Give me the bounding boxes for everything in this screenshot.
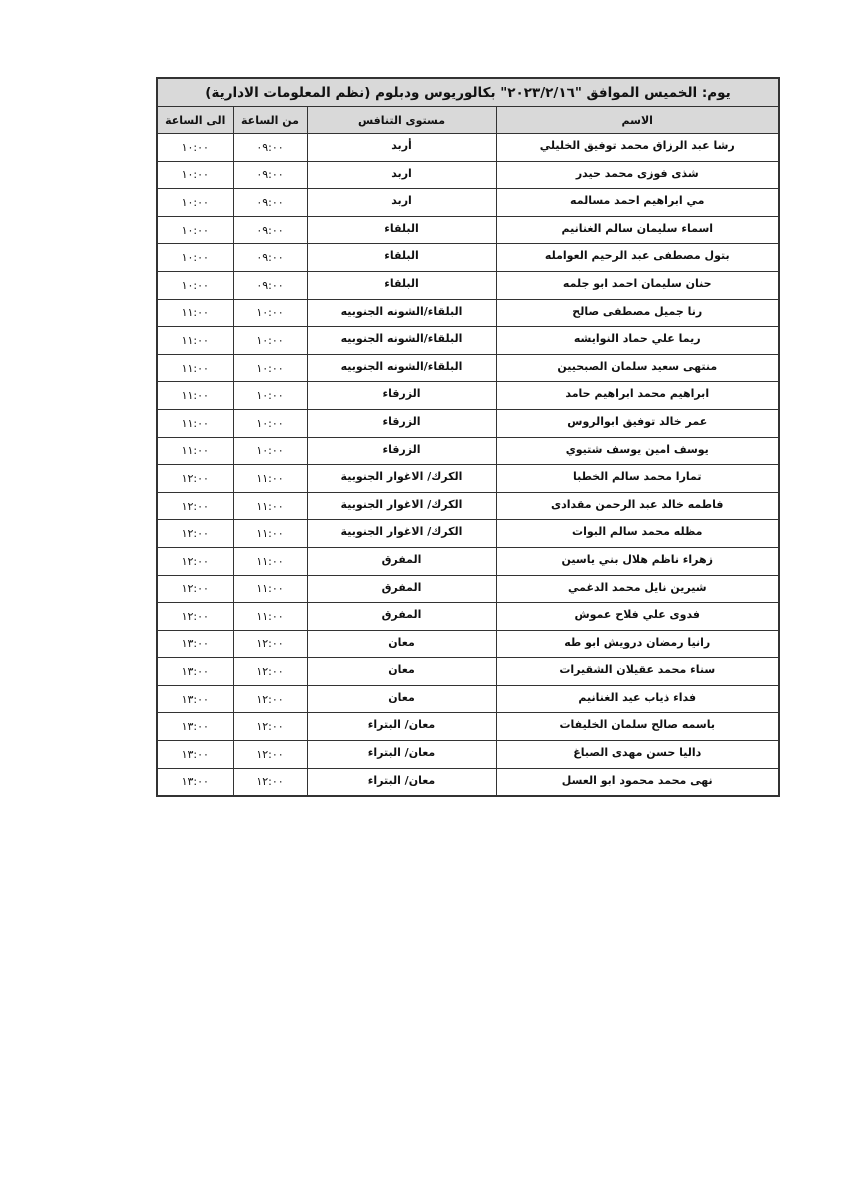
cell-from: ١١:٠٠ xyxy=(233,492,307,520)
cell-from: ٠٩:٠٠ xyxy=(233,189,307,217)
column-header-to: الى الساعة xyxy=(157,107,233,134)
cell-from: ١٢:٠٠ xyxy=(233,630,307,658)
cell-level: أربد xyxy=(307,134,496,162)
cell-to: ١٣:٠٠ xyxy=(157,768,233,796)
cell-level: المفرق xyxy=(307,575,496,603)
cell-to: ١١:٠٠ xyxy=(157,409,233,437)
cell-to: ١٣:٠٠ xyxy=(157,630,233,658)
cell-from: ١٠:٠٠ xyxy=(233,409,307,437)
cell-name: يوسف امين يوسف شتيوي xyxy=(496,437,779,465)
cell-from: ١١:٠٠ xyxy=(233,603,307,631)
cell-level: الكرك/ الاغوار الجنوبية xyxy=(307,520,496,548)
cell-from: ١٢:٠٠ xyxy=(233,768,307,796)
cell-from: ١١:٠٠ xyxy=(233,547,307,575)
cell-level: المفرق xyxy=(307,547,496,575)
cell-level: البلقاء xyxy=(307,244,496,272)
cell-to: ١٠:٠٠ xyxy=(157,161,233,189)
table-row: رنا جميل مصطفى صالحالبلقاء/الشونه الجنوب… xyxy=(157,299,779,327)
cell-level: الكرك/ الاغوار الجنوبية xyxy=(307,492,496,520)
cell-to: ١٢:٠٠ xyxy=(157,547,233,575)
cell-level: معان xyxy=(307,685,496,713)
table-row: رشا عبد الرزاق محمد توفيق الخليليأربد٠٩:… xyxy=(157,134,779,162)
cell-to: ١٠:٠٠ xyxy=(157,134,233,162)
table-row: عمر خالد توفيق ابوالروسالزرقاء١٠:٠٠١١:٠٠ xyxy=(157,409,779,437)
table-row: فاطمه خالد عبد الرحمن مقدادىالكرك/ الاغو… xyxy=(157,492,779,520)
column-header-row: الاسم مستوى التنافس من الساعة الى الساعة xyxy=(157,107,779,134)
cell-to: ١١:٠٠ xyxy=(157,437,233,465)
cell-from: ١٢:٠٠ xyxy=(233,685,307,713)
table-row: مي ابراهيم احمد مسالمهاربد٠٩:٠٠١٠:٠٠ xyxy=(157,189,779,217)
schedule-body: رشا عبد الرزاق محمد توفيق الخليليأربد٠٩:… xyxy=(157,134,779,796)
cell-level: البلقاء/الشونه الجنوبيه xyxy=(307,299,496,327)
cell-name: رنا جميل مصطفى صالح xyxy=(496,299,779,327)
cell-name: باسمه صالح سلمان الخليفات xyxy=(496,713,779,741)
cell-to: ١٣:٠٠ xyxy=(157,741,233,769)
table-row: ريما علي حماد النوايشهالبلقاء/الشونه الج… xyxy=(157,327,779,355)
cell-level: البلقاء xyxy=(307,271,496,299)
table-row: باسمه صالح سلمان الخليفاتمعان/ البتراء١٢… xyxy=(157,713,779,741)
table-row: شذى فوزى محمد حيدراربد٠٩:٠٠١٠:٠٠ xyxy=(157,161,779,189)
cell-to: ١٢:٠٠ xyxy=(157,465,233,493)
cell-to: ١٠:٠٠ xyxy=(157,189,233,217)
schedule-title: يوم: الخميس الموافق "٢٠٢٣/٢/١٦" بكالوريو… xyxy=(157,78,779,107)
table-row: داليا حسن مهدى الصباغمعان/ البتراء١٢:٠٠١… xyxy=(157,741,779,769)
table-row: تمارا محمد سالم الخطباالكرك/ الاغوار الج… xyxy=(157,465,779,493)
cell-to: ١١:٠٠ xyxy=(157,354,233,382)
cell-level: معان/ البتراء xyxy=(307,741,496,769)
cell-level: معان xyxy=(307,658,496,686)
cell-to: ١٢:٠٠ xyxy=(157,575,233,603)
cell-name: شيرين نايل محمد الدغمي xyxy=(496,575,779,603)
cell-from: ١٠:٠٠ xyxy=(233,354,307,382)
cell-name: مي ابراهيم احمد مسالمه xyxy=(496,189,779,217)
cell-level: الزرقاء xyxy=(307,437,496,465)
cell-level: اربد xyxy=(307,161,496,189)
cell-level: البلقاء/الشونه الجنوبيه xyxy=(307,354,496,382)
cell-name: نهى محمد محمود ابو العسل xyxy=(496,768,779,796)
cell-from: ١٢:٠٠ xyxy=(233,741,307,769)
cell-to: ١١:٠٠ xyxy=(157,327,233,355)
cell-from: ٠٩:٠٠ xyxy=(233,244,307,272)
table-row: حنان سليمان احمد ابو جلمهالبلقاء٠٩:٠٠١٠:… xyxy=(157,271,779,299)
cell-from: ١٠:٠٠ xyxy=(233,299,307,327)
cell-from: ١٠:٠٠ xyxy=(233,327,307,355)
cell-level: الزرقاء xyxy=(307,409,496,437)
cell-name: شذى فوزى محمد حيدر xyxy=(496,161,779,189)
cell-to: ١٢:٠٠ xyxy=(157,520,233,548)
cell-to: ١١:٠٠ xyxy=(157,382,233,410)
column-header-from: من الساعة xyxy=(233,107,307,134)
cell-from: ١١:٠٠ xyxy=(233,465,307,493)
cell-level: الزرقاء xyxy=(307,382,496,410)
cell-level: معان/ البتراء xyxy=(307,768,496,796)
cell-level: اربد xyxy=(307,189,496,217)
cell-level: معان xyxy=(307,630,496,658)
cell-name: ابراهيم محمد ابراهيم حامد xyxy=(496,382,779,410)
cell-from: ٠٩:٠٠ xyxy=(233,161,307,189)
table-row: رانيا رمضان درويش ابو طهمعان١٢:٠٠١٣:٠٠ xyxy=(157,630,779,658)
column-header-name: الاسم xyxy=(496,107,779,134)
cell-to: ١٠:٠٠ xyxy=(157,216,233,244)
table-row: نهى محمد محمود ابو العسلمعان/ البتراء١٢:… xyxy=(157,768,779,796)
table-row: سناء محمد عقيلان الشقيراتمعان١٢:٠٠١٣:٠٠ xyxy=(157,658,779,686)
cell-name: فدوى علي فلاح عموش xyxy=(496,603,779,631)
cell-from: ١١:٠٠ xyxy=(233,575,307,603)
table-row: فدوى علي فلاح عموشالمفرق١١:٠٠١٢:٠٠ xyxy=(157,603,779,631)
cell-level: الكرك/ الاغوار الجنوبية xyxy=(307,465,496,493)
cell-to: ١١:٠٠ xyxy=(157,299,233,327)
cell-name: زهراء ناظم هلال بني ياسين xyxy=(496,547,779,575)
cell-from: ١٢:٠٠ xyxy=(233,658,307,686)
cell-name: عمر خالد توفيق ابوالروس xyxy=(496,409,779,437)
cell-from: ٠٩:٠٠ xyxy=(233,216,307,244)
cell-name: تمارا محمد سالم الخطبا xyxy=(496,465,779,493)
cell-level: البلقاء/الشونه الجنوبيه xyxy=(307,327,496,355)
cell-to: ١٣:٠٠ xyxy=(157,713,233,741)
cell-level: معان/ البتراء xyxy=(307,713,496,741)
cell-name: فداء ذياب عيد الغنانيم xyxy=(496,685,779,713)
cell-name: رشا عبد الرزاق محمد توفيق الخليلي xyxy=(496,134,779,162)
cell-level: البلقاء xyxy=(307,216,496,244)
cell-from: ١٠:٠٠ xyxy=(233,437,307,465)
table-row: ابراهيم محمد ابراهيم حامدالزرقاء١٠:٠٠١١:… xyxy=(157,382,779,410)
cell-name: رانيا رمضان درويش ابو طه xyxy=(496,630,779,658)
cell-to: ١٠:٠٠ xyxy=(157,244,233,272)
cell-name: بتول مصطفى عبد الرحيم العوامله xyxy=(496,244,779,272)
cell-name: فاطمه خالد عبد الرحمن مقدادى xyxy=(496,492,779,520)
table-row: بتول مصطفى عبد الرحيم العواملهالبلقاء٠٩:… xyxy=(157,244,779,272)
cell-name: مظله محمد سالم البوات xyxy=(496,520,779,548)
cell-level: المفرق xyxy=(307,603,496,631)
cell-name: داليا حسن مهدى الصباغ xyxy=(496,741,779,769)
cell-name: ريما علي حماد النوايشه xyxy=(496,327,779,355)
cell-name: اسماء سليمان سالم الغنانيم xyxy=(496,216,779,244)
column-header-level: مستوى التنافس xyxy=(307,107,496,134)
cell-name: سناء محمد عقيلان الشقيرات xyxy=(496,658,779,686)
exam-schedule-table: يوم: الخميس الموافق "٢٠٢٣/٢/١٦" بكالوريو… xyxy=(156,77,780,797)
cell-from: ١٢:٠٠ xyxy=(233,713,307,741)
cell-from: ١٠:٠٠ xyxy=(233,382,307,410)
cell-from: ١١:٠٠ xyxy=(233,520,307,548)
cell-to: ١٢:٠٠ xyxy=(157,492,233,520)
table-row: زهراء ناظم هلال بني ياسينالمفرق١١:٠٠١٢:٠… xyxy=(157,547,779,575)
table-row: اسماء سليمان سالم الغنانيمالبلقاء٠٩:٠٠١٠… xyxy=(157,216,779,244)
cell-to: ١٠:٠٠ xyxy=(157,271,233,299)
table-row: منتهى سعيد سلمان الصبحيينالبلقاء/الشونه … xyxy=(157,354,779,382)
cell-name: حنان سليمان احمد ابو جلمه xyxy=(496,271,779,299)
cell-to: ١٣:٠٠ xyxy=(157,685,233,713)
table-row: شيرين نايل محمد الدغميالمفرق١١:٠٠١٢:٠٠ xyxy=(157,575,779,603)
table-row: فداء ذياب عيد الغنانيممعان١٢:٠٠١٣:٠٠ xyxy=(157,685,779,713)
cell-to: ١٢:٠٠ xyxy=(157,603,233,631)
cell-from: ٠٩:٠٠ xyxy=(233,271,307,299)
cell-from: ٠٩:٠٠ xyxy=(233,134,307,162)
cell-to: ١٣:٠٠ xyxy=(157,658,233,686)
title-row: يوم: الخميس الموافق "٢٠٢٣/٢/١٦" بكالوريو… xyxy=(157,78,779,107)
table-row: مظله محمد سالم البواتالكرك/ الاغوار الجن… xyxy=(157,520,779,548)
table-row: يوسف امين يوسف شتيويالزرقاء١٠:٠٠١١:٠٠ xyxy=(157,437,779,465)
cell-name: منتهى سعيد سلمان الصبحيين xyxy=(496,354,779,382)
